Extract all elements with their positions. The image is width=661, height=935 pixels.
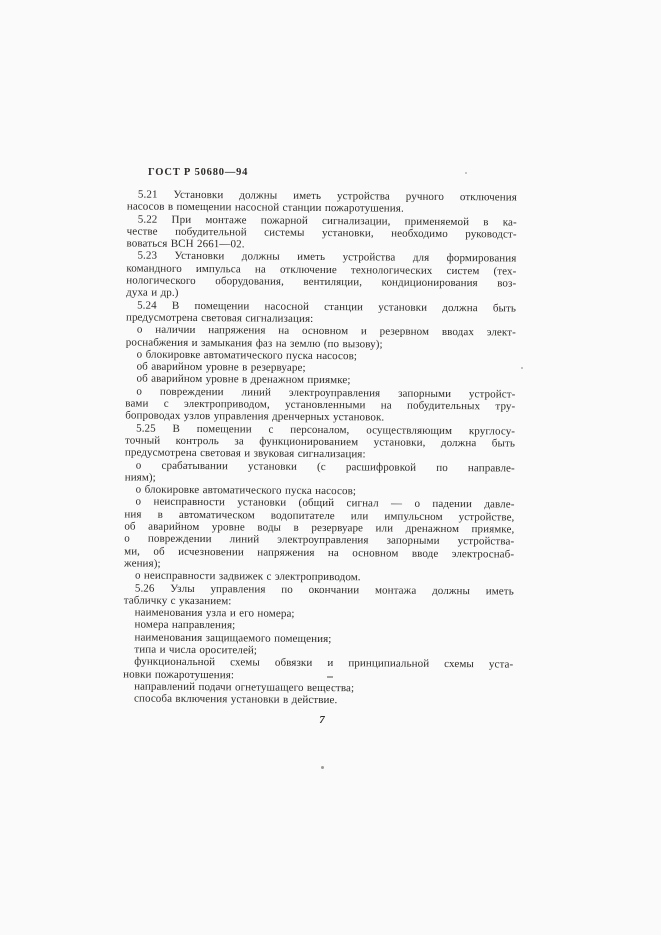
paragraph: 5.24 В помещении насосной станции устано… (126, 299, 516, 327)
paragraph: 5.23 Установки должны иметь устройства д… (126, 250, 516, 302)
paragraph: о неисправности установки (общий сигнал … (124, 496, 515, 573)
scan-speck (321, 766, 324, 769)
scan-speck (521, 367, 523, 369)
paragraph: 5.22 При монтаже пожарной сигнализации, … (127, 213, 517, 253)
document-body: 5.21 Установки должны иметь устройства р… (123, 188, 517, 708)
text-line: способа включения установки в действие. (123, 693, 513, 708)
paragraph: о повреждении линий электроуправления за… (125, 385, 515, 425)
document-page: ГОСТ Р 50680—94 5.21 Установки должны им… (0, 0, 661, 935)
paragraph: 5.21 Установки должны иметь устройства р… (127, 188, 517, 216)
scan-speck (136, 318, 139, 320)
paragraph: 5.26 Узлы управления по окончании монтаж… (124, 582, 514, 610)
page-number: 7 (127, 714, 517, 726)
paragraph: 5.25 В помещении с персоналом, осуществл… (125, 422, 515, 462)
paragraph: функциональной схемы обвязки и принципиа… (123, 656, 513, 684)
scan-speck (327, 676, 333, 678)
paragraph: о наличии напряжения на основном и резер… (126, 324, 516, 352)
scan-speck (465, 172, 467, 174)
paragraph: способа включения установки в действие. (123, 693, 513, 708)
paragraph: о срабатывании установки (с расшифровкой… (125, 459, 515, 487)
running-header: ГОСТ Р 50680—94 (148, 167, 248, 178)
